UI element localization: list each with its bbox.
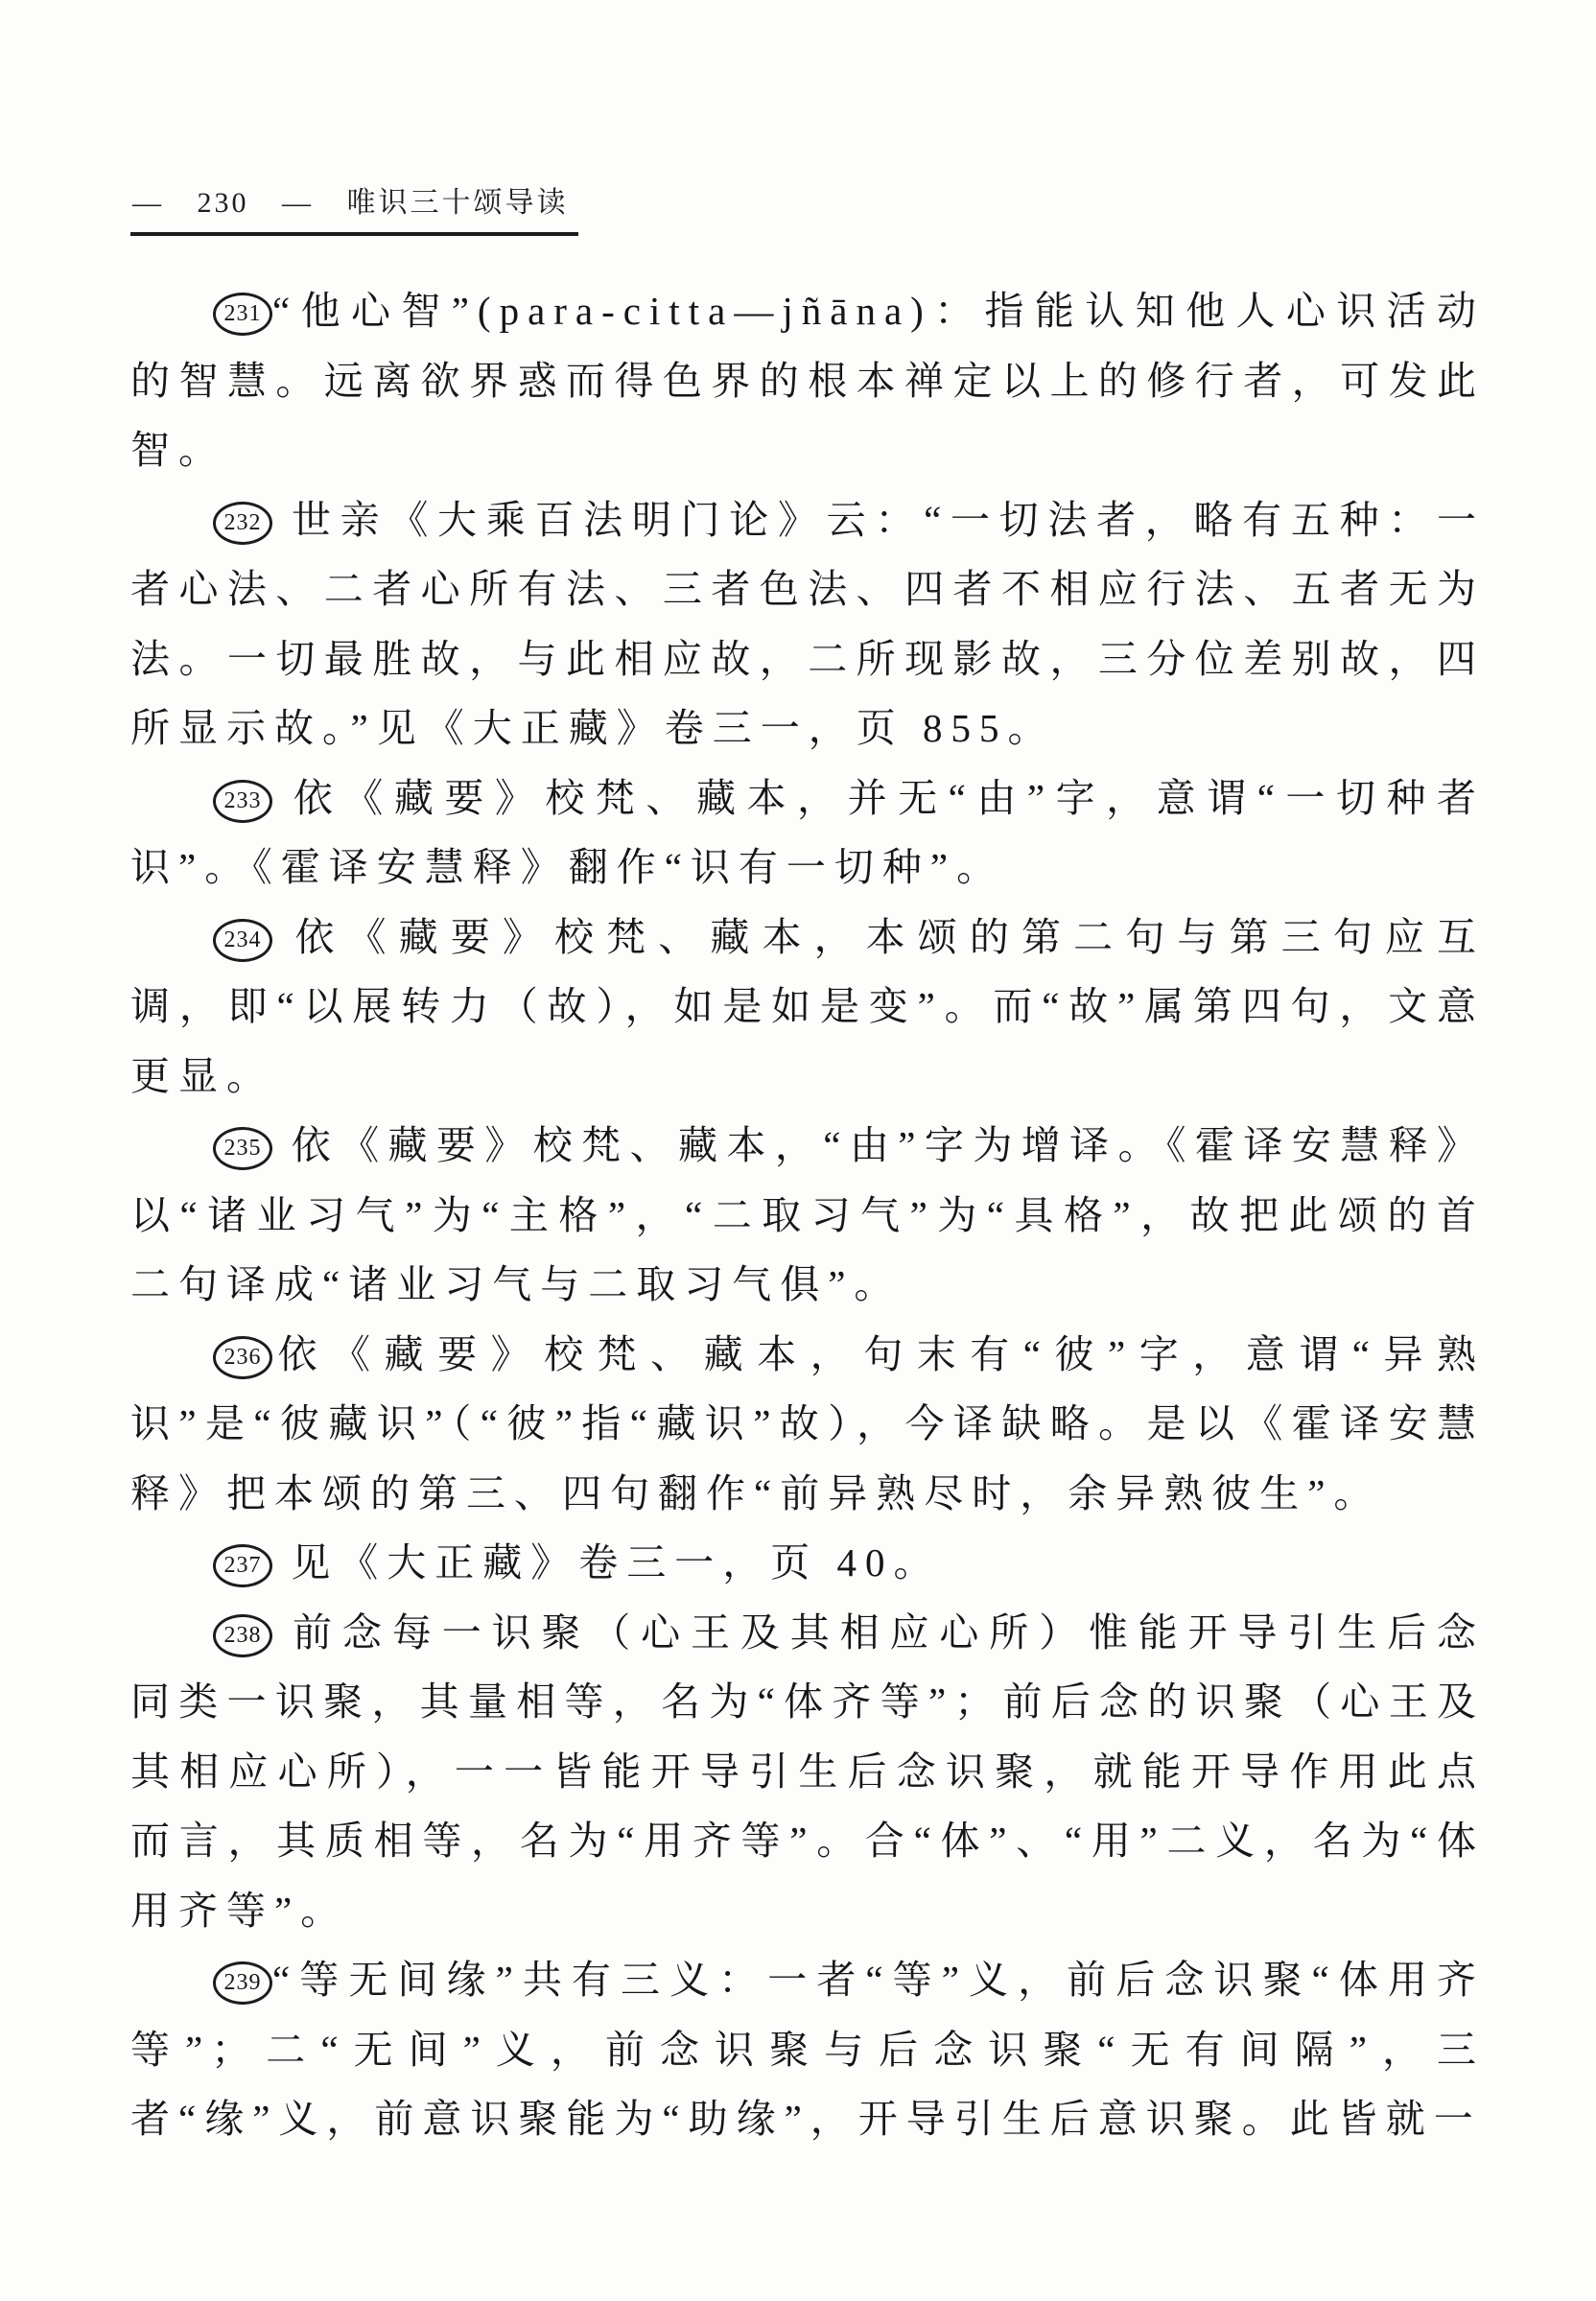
note-236: 236依《藏要》校梵、藏本，句末有“彼”字，意谓“异熟识”是“彼藏识”（“彼”指…: [130, 1320, 1485, 1529]
note-number-badge: 237: [213, 1544, 272, 1587]
note-232: 232 世亲《大乘百法明门论》云：“一切法者，略有五种：一者心法、二者心所有法、…: [130, 485, 1485, 763]
note-number-badge: 234: [213, 919, 272, 962]
note-235: 235 依《藏要》校梵、藏本，“由”字为增译。《霍译安慧释》以“诸业习气”为“主…: [130, 1111, 1485, 1320]
note-number-badge: 232: [213, 502, 272, 545]
note-number-badge: 239: [213, 1961, 272, 2005]
note-237: 237 见《大正藏》卷三一，页 40。: [130, 1528, 1485, 1598]
endnotes-section: 231“他心智”(para-citta—jñāna)：指能认知他人心识活动的智慧…: [130, 276, 1485, 2154]
note-text: 依《藏要》校梵、藏本，本颂的第二句与第三句应互调，即“以展转力（故），如是如是变…: [130, 915, 1485, 1098]
book-page: — 230 — 唯识三十颂导读 231“他心智”(para-citta—jñān…: [0, 0, 1596, 2301]
note-text: 见《大正藏》卷三一，页 40。: [272, 1540, 942, 1585]
header-dash-left: —: [132, 187, 164, 219]
note-text: 依《藏要》校梵、藏本，句末有“彼”字，意谓“异熟识”是“彼藏识”（“彼”指“藏识…: [130, 1332, 1485, 1515]
note-text: “他心智”(para-citta—jñāna)：指能认知他人心识活动的智慧。远离…: [130, 289, 1485, 472]
note-number-badge: 238: [213, 1614, 272, 1657]
note-231: 231“他心智”(para-citta—jñāna)：指能认知他人心识活动的智慧…: [130, 276, 1485, 485]
page-header: — 230 — 唯识三十颂导读: [130, 178, 578, 236]
note-233: 233 依《藏要》校梵、藏本，并无“由”字，意谓“一切种者识”。《霍译安慧释》翻…: [130, 763, 1485, 903]
note-number-badge: 231: [213, 293, 272, 336]
note-234: 234 依《藏要》校梵、藏本，本颂的第二句与第三句应互调，即“以展转力（故），如…: [130, 903, 1485, 1112]
note-text: “等无间缘”共有三义：一者“等”义，前后念识聚“体用齐等”；二“无间”义，前念识…: [130, 1958, 1485, 2141]
note-number-badge: 235: [213, 1127, 272, 1170]
note-text: 世亲《大乘百法明门论》云：“一切法者，略有五种：一者心法、二者心所有法、三者色法…: [130, 498, 1485, 751]
note-text: 前念每一识聚（心王及其相应心所）惟能开导引生后念同类一识聚，其量相等，名为“体齐…: [130, 1610, 1485, 1933]
note-238: 238 前念每一识聚（心王及其相应心所）惟能开导引生后念同类一识聚，其量相等，名…: [130, 1598, 1485, 1946]
note-text: 依《藏要》校梵、藏本，“由”字为增译。《霍译安慧释》以“诸业习气”为“主格”，“…: [130, 1123, 1485, 1306]
note-text: 依《藏要》校梵、藏本，并无“由”字，意谓“一切种者识”。《霍译安慧释》翻作“识有…: [130, 776, 1485, 890]
note-number-badge: 233: [213, 780, 272, 823]
header-dash-right: —: [282, 187, 314, 219]
note-number-badge: 236: [213, 1336, 272, 1379]
header-page-number: 230: [198, 187, 249, 219]
header-book-title: 唯识三十颂导读: [347, 187, 569, 219]
note-239: 239“等无间缘”共有三义：一者“等”义，前后念识聚“体用齐等”；二“无间”义，…: [130, 1945, 1485, 2154]
